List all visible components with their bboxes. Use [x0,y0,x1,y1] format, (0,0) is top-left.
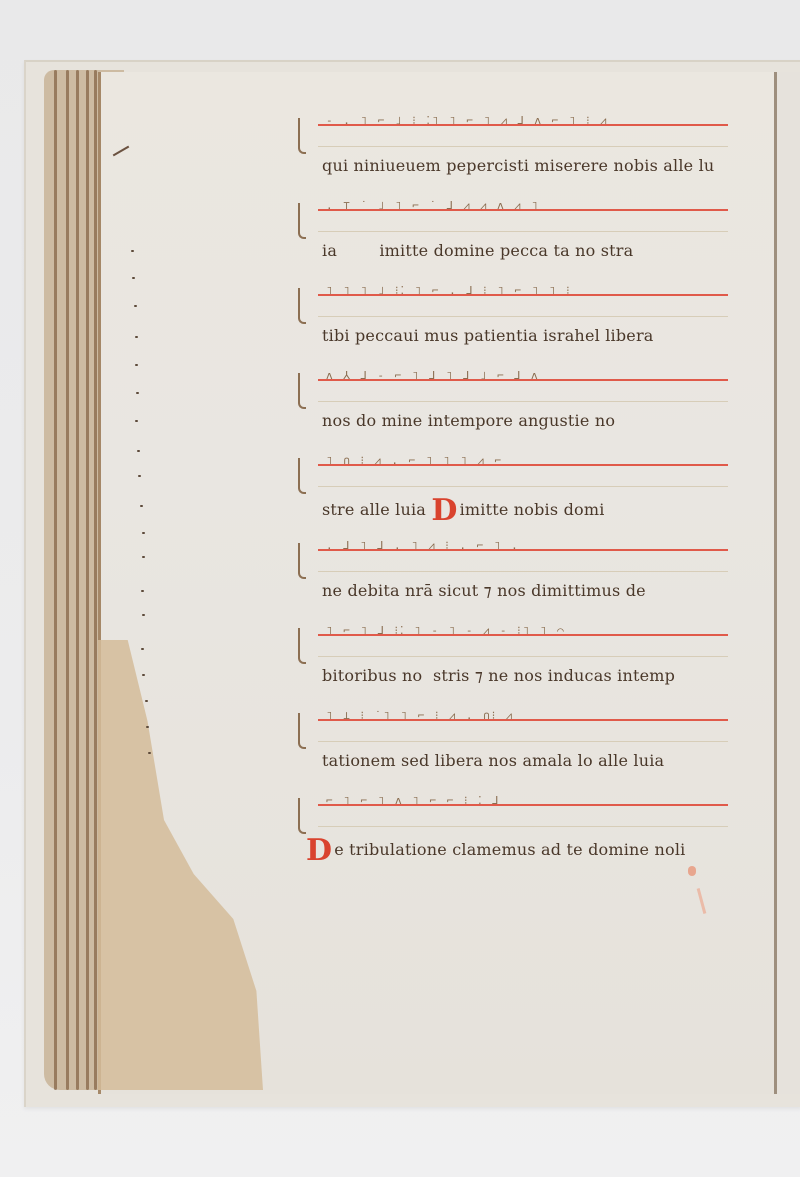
f-clef-icon [298,118,306,154]
lyric-line: bitoribus no stris ⁊ ne nos inducas inte… [322,666,738,685]
music-system-6: . ⅃ ˥ ⅃ . ˥ ⩘ ⁝ . ⌐ ˥ . ne debita nrā si… [298,533,738,618]
music-system-7: ˥ ⌐ ˥ ⅃ ⁝⁚ ˥ - ˥ - ⩘ - ⁝˥ ˥ ⌒ bitoribus … [298,618,738,703]
f-clef-icon [298,288,306,324]
f-clef-icon [298,798,306,834]
lyric-line: stre alle luia Dimitte nobis domi [322,496,738,526]
music-system-9: ⌐ ˥ ⌐ ˥ ʌ ˥ ⌐ ⌐ ⁝ ⁚ ⅃ De tribulatione cl… [298,788,738,873]
lyric-line: ia imitte domine pecca ta no stra [322,241,738,260]
f-clef-icon [298,713,306,749]
rubricated-initial-d: D [431,493,457,528]
page-edge [94,70,97,1090]
f-clef-icon [298,203,306,239]
music-system-8: ˥ ⊥ ⁝ ˙˥ ˥ ⌐ ⁝ ⩘ . ∩⁝ ⩘ tationem sed lib… [298,703,738,788]
facing-page-edge [774,72,800,1094]
red-ink-blot [688,866,696,876]
lyric-line: qui niniueuem pepercisti miserere nobis … [322,156,738,175]
neumes: ˥ ˥ ˥ ˩ ⁝⁚ ˥ ⌐ . ⅃ ⁝ ˥ ⌐ ˥ ˥ ⁝ [326,284,722,320]
music-system-2: . ⊤ ˙ ˩ ˥ ⌐ ˙ ⅃ ⩘ ⩘ ʌ ⩘ ˥ ia imitte domi… [298,193,738,278]
lyric-line: De tribulatione clamemus ad te domine no… [306,836,738,866]
page-edge [76,70,79,1090]
f-clef-icon [298,543,306,579]
f-clef-icon [298,373,306,409]
rubricated-initial-d: D [306,833,332,868]
lyric-line: tibi peccaui mus patientia israhel liber… [322,326,738,345]
neumes: ʌ ⅄ ⅃ - ⌐ ˥ ⅃ ˥ ⅃ ˩ ⌐ ⅃ ʌ [326,369,722,405]
lyric-line: ne debita nrā sicut ⁊ nos dimittimus de [322,581,738,600]
music-system-4: ʌ ⅄ ⅃ - ⌐ ˥ ⅃ ˥ ⅃ ˩ ⌐ ⅃ ʌ nos do mine in… [298,363,738,448]
page-edge [66,70,69,1090]
f-clef-icon [298,458,306,494]
lyric-line: nos do mine intempore angustie no [322,411,738,430]
chant-text-block: - . ˥ ⌐ ˩ ⁝ ⁚˥ ˥ ⌐ ˥ ⩘ ⅃ ʌ ⌐ ˥ ⁝ ⩘ qui n… [298,108,738,873]
f-clef-icon [298,628,306,664]
music-system-3: ˥ ˥ ˥ ˩ ⁝⁚ ˥ ⌐ . ⅃ ⁝ ˥ ⌐ ˥ ˥ ⁝ tibi pecc… [298,278,738,363]
neumes: ˥ ⌐ ˥ ⅃ ⁝⁚ ˥ - ˥ - ⩘ - ⁝˥ ˥ ⌒ [326,624,722,660]
page-edge [54,70,57,1090]
neumes: ⌐ ˥ ⌐ ˥ ʌ ˥ ⌐ ⌐ ⁝ ⁚ ⅃ [326,794,722,830]
lyric-line: tationem sed libera nos amala lo alle lu… [322,751,738,770]
music-system-5: ˥ ∩ ⁝ ⩘ . ⌐ ˥ ˥ ˥ ⩘ ⌐ stre alle luia Dim… [298,448,738,533]
neumes: . ⅃ ˥ ⅃ . ˥ ⩘ ⁝ . ⌐ ˥ . [326,539,722,575]
music-system-1: - . ˥ ⌐ ˩ ⁝ ⁚˥ ˥ ⌐ ˥ ⩘ ⅃ ʌ ⌐ ˥ ⁝ ⩘ qui n… [298,108,738,193]
page-edge [86,70,89,1090]
neumes: ˥ ∩ ⁝ ⩘ . ⌐ ˥ ˥ ˥ ⩘ ⌐ [326,454,722,490]
neumes: - . ˥ ⌐ ˩ ⁝ ⁚˥ ˥ ⌐ ˥ ⩘ ⅃ ʌ ⌐ ˥ ⁝ ⩘ [326,114,722,150]
neumes: ˥ ⊥ ⁝ ˙˥ ˥ ⌐ ⁝ ⩘ . ∩⁝ ⩘ [326,709,722,745]
neumes: . ⊤ ˙ ˩ ˥ ⌐ ˙ ⅃ ⩘ ⩘ ʌ ⩘ ˥ [326,199,722,235]
